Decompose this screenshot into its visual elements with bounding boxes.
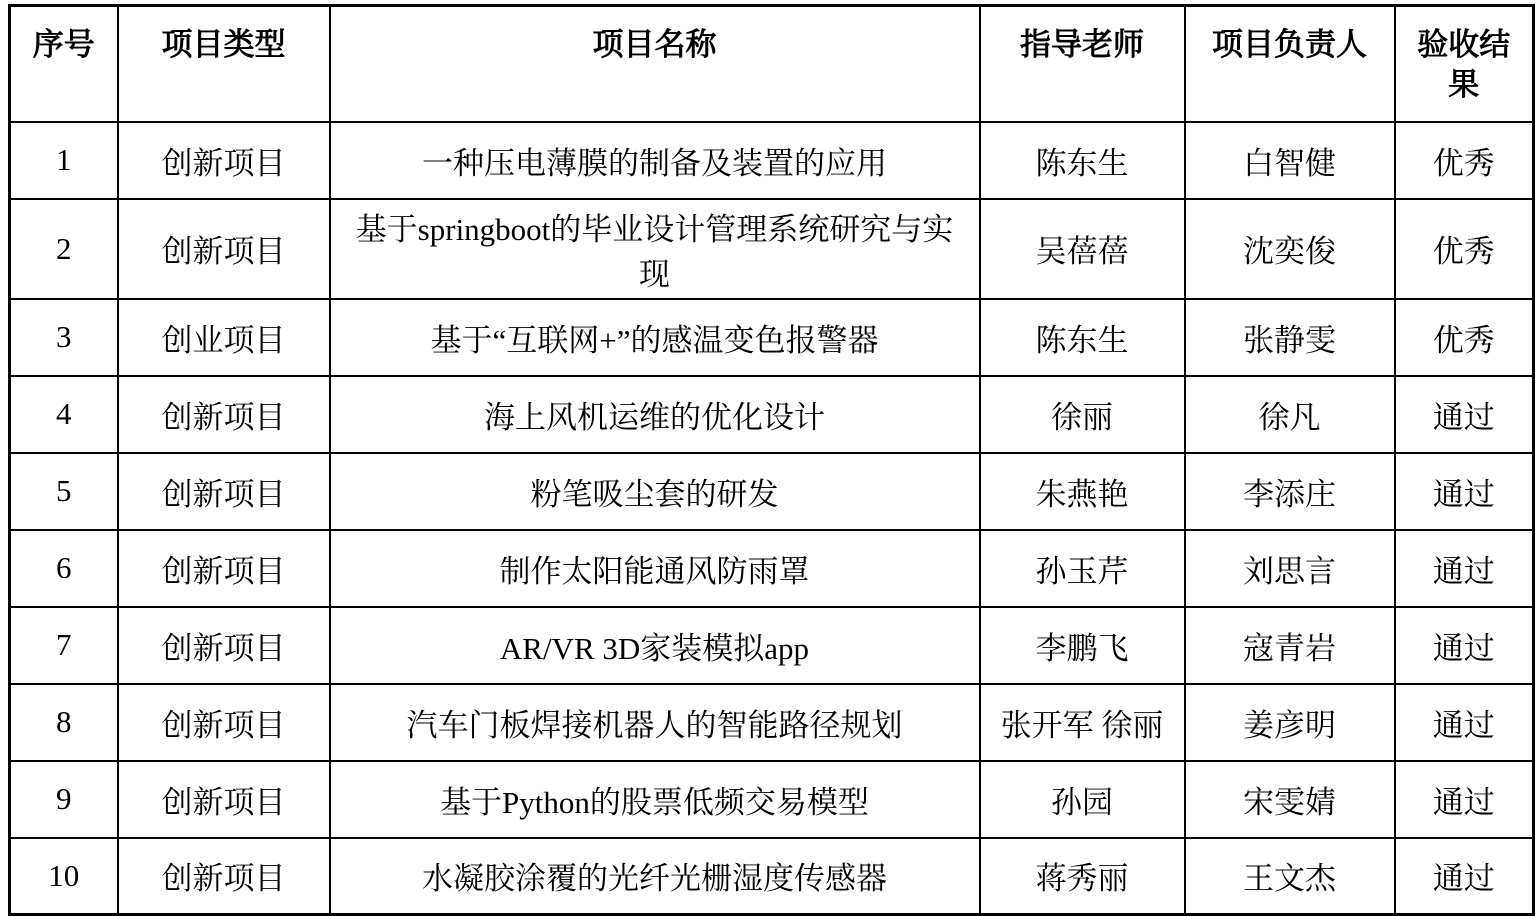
cell-project-name: 基于Python的股票低频交易模型	[330, 761, 980, 838]
table-body: 1创新项目一种压电薄膜的制备及装置的应用陈东生白智健优秀2创新项目基于sprin…	[10, 122, 1534, 915]
cell-advisor: 陈东生	[980, 299, 1185, 376]
cell-acceptance-result: 通过	[1395, 453, 1534, 530]
table-row: 1创新项目一种压电薄膜的制备及装置的应用陈东生白智健优秀	[10, 122, 1534, 199]
cell-acceptance-result: 优秀	[1395, 122, 1534, 199]
cell-acceptance-result: 优秀	[1395, 299, 1534, 376]
cell-advisor: 张开军 徐丽	[980, 684, 1185, 761]
cell-serial-number: 6	[10, 530, 118, 607]
cell-project-type: 创新项目	[118, 376, 330, 453]
table-header: 序号 项目类型 项目名称 指导老师 项目负责人 验收结果	[10, 6, 1534, 122]
cell-advisor: 李鹏飞	[980, 607, 1185, 684]
cell-project-leader: 姜彦明	[1185, 684, 1395, 761]
cell-project-name: 水凝胶涂覆的光纤光栅湿度传感器	[330, 838, 980, 915]
table-row: 2创新项目基于springboot的毕业设计管理系统研究与实现吴蓓蓓沈奕俊优秀	[10, 199, 1534, 299]
cell-project-name: 制作太阳能通风防雨罩	[330, 530, 980, 607]
cell-advisor: 陈东生	[980, 122, 1185, 199]
cell-project-name: 基于springboot的毕业设计管理系统研究与实现	[330, 199, 980, 299]
cell-project-type: 创业项目	[118, 299, 330, 376]
cell-project-name: 海上风机运维的优化设计	[330, 376, 980, 453]
cell-serial-number: 9	[10, 761, 118, 838]
cell-project-leader: 张静雯	[1185, 299, 1395, 376]
cell-advisor: 孙玉芹	[980, 530, 1185, 607]
cell-project-leader: 沈奕俊	[1185, 199, 1395, 299]
cell-acceptance-result: 通过	[1395, 684, 1534, 761]
table-row: 4创新项目海上风机运维的优化设计徐丽徐凡通过	[10, 376, 1534, 453]
cell-serial-number: 4	[10, 376, 118, 453]
cell-serial-number: 8	[10, 684, 118, 761]
header-acceptance-result: 验收结果	[1395, 6, 1534, 122]
cell-project-type: 创新项目	[118, 199, 330, 299]
table-row: 3创业项目基于“互联网+”的感温变色报警器陈东生张静雯优秀	[10, 299, 1534, 376]
cell-project-leader: 刘思言	[1185, 530, 1395, 607]
cell-project-type: 创新项目	[118, 684, 330, 761]
cell-serial-number: 10	[10, 838, 118, 915]
cell-acceptance-result: 通过	[1395, 376, 1534, 453]
cell-project-type: 创新项目	[118, 530, 330, 607]
cell-project-name: 汽车门板焊接机器人的智能路径规划	[330, 684, 980, 761]
cell-acceptance-result: 通过	[1395, 607, 1534, 684]
header-advisor: 指导老师	[980, 6, 1185, 122]
cell-project-name: 一种压电薄膜的制备及装置的应用	[330, 122, 980, 199]
table-row: 6创新项目制作太阳能通风防雨罩孙玉芹刘思言通过	[10, 530, 1534, 607]
cell-advisor: 蒋秀丽	[980, 838, 1185, 915]
table-row: 5创新项目粉笔吸尘套的研发朱燕艳李添庄通过	[10, 453, 1534, 530]
cell-project-name: AR/VR 3D家装模拟app	[330, 607, 980, 684]
cell-serial-number: 3	[10, 299, 118, 376]
header-serial-number: 序号	[10, 6, 118, 122]
cell-project-type: 创新项目	[118, 607, 330, 684]
cell-advisor: 朱燕艳	[980, 453, 1185, 530]
cell-serial-number: 1	[10, 122, 118, 199]
cell-project-leader: 宋雯婧	[1185, 761, 1395, 838]
cell-project-name: 基于“互联网+”的感温变色报警器	[330, 299, 980, 376]
cell-project-type: 创新项目	[118, 761, 330, 838]
header-project-type: 项目类型	[118, 6, 330, 122]
cell-serial-number: 7	[10, 607, 118, 684]
cell-project-leader: 白智健	[1185, 122, 1395, 199]
cell-project-leader: 徐凡	[1185, 376, 1395, 453]
cell-serial-number: 5	[10, 453, 118, 530]
cell-project-name: 粉笔吸尘套的研发	[330, 453, 980, 530]
cell-project-type: 创新项目	[118, 122, 330, 199]
cell-acceptance-result: 通过	[1395, 530, 1534, 607]
table-row: 9创新项目基于Python的股票低频交易模型孙园宋雯婧通过	[10, 761, 1534, 838]
header-row: 序号 项目类型 项目名称 指导老师 项目负责人 验收结果	[10, 6, 1534, 122]
cell-project-leader: 王文杰	[1185, 838, 1395, 915]
header-project-name: 项目名称	[330, 6, 980, 122]
cell-acceptance-result: 优秀	[1395, 199, 1534, 299]
cell-acceptance-result: 通过	[1395, 838, 1534, 915]
cell-advisor: 吴蓓蓓	[980, 199, 1185, 299]
header-project-leader: 项目负责人	[1185, 6, 1395, 122]
cell-advisor: 徐丽	[980, 376, 1185, 453]
cell-project-leader: 寇青岩	[1185, 607, 1395, 684]
cell-project-type: 创新项目	[118, 838, 330, 915]
cell-serial-number: 2	[10, 199, 118, 299]
project-acceptance-table: 序号 项目类型 项目名称 指导老师 项目负责人 验收结果 1创新项目一种压电薄膜…	[8, 4, 1535, 916]
table-row: 7创新项目AR/VR 3D家装模拟app李鹏飞寇青岩通过	[10, 607, 1534, 684]
table-row: 8创新项目汽车门板焊接机器人的智能路径规划张开军 徐丽姜彦明通过	[10, 684, 1534, 761]
document-page: 序号 项目类型 项目名称 指导老师 项目负责人 验收结果 1创新项目一种压电薄膜…	[0, 0, 1540, 891]
cell-project-leader: 李添庄	[1185, 453, 1395, 530]
cell-advisor: 孙园	[980, 761, 1185, 838]
table-row: 10创新项目水凝胶涂覆的光纤光栅湿度传感器蒋秀丽王文杰通过	[10, 838, 1534, 915]
cell-project-type: 创新项目	[118, 453, 330, 530]
cell-acceptance-result: 通过	[1395, 761, 1534, 838]
